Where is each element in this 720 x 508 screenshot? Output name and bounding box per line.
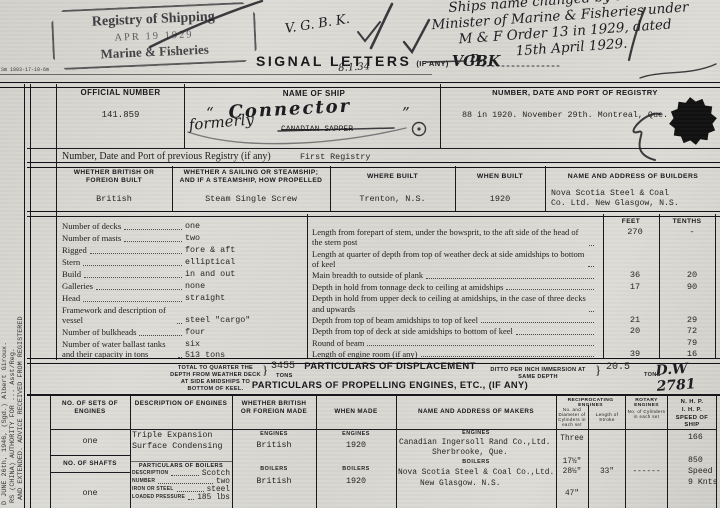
measurement-label: Main breadth to outside of plank [312,270,423,280]
boiler-detail-value: steel [207,486,230,494]
shafts-value: one [52,488,128,498]
particular-value: steel "cargo" [185,305,305,326]
displacement-title: PARTICULARS OF DISPLACEMENT [300,361,480,372]
particular-value: six [185,339,305,350]
tenths-value: 72 [667,326,717,336]
pen-check-mark [358,22,380,41]
dotted-leader [84,276,182,278]
measurement-label: Depth in hold from upper deck to ceiling… [312,293,586,314]
particular-value: none [185,281,305,292]
particular-label: Head [62,293,80,303]
feet-value: 17 [610,282,660,292]
tenths-value: 79 [667,338,717,348]
boiler-makers-line2: New Glasgow. N.S. [420,479,501,488]
particulars-row: Sternelliptical [62,257,305,268]
dotted-leader [188,498,194,500]
dotted-leader [124,240,182,242]
particular-value: fore & aft [185,245,305,256]
boiler-detail-row: IRON OR STEELsteel [132,486,230,494]
dotted-leader [421,355,594,357]
particular-value-2: 513 tons [185,350,305,361]
dotted-leader [139,334,182,336]
shafts-header: NO. OF SHAFTS [52,460,128,467]
boiler-detail-row: LOADED PRESSURE185 lbs [132,494,230,502]
previous-registry-label: Number, Date and Port of previous Regist… [62,151,271,162]
boiler-makers-line1: Nova Scotia Steel & Coal Co.,Ltd. [398,468,554,477]
feet-value: 270 [610,227,660,237]
engines-tag-when: ENGINES [318,431,394,437]
vrule-particulars-right [307,214,308,358]
measurement-row: Depth from top of beam amidships to top … [312,315,717,325]
pen-slash-mark [371,4,392,48]
boiler-detail-label: IRON OR STEEL [132,486,174,492]
feet-value: 39 [610,349,660,359]
measurement-label: Length at quarter of depth from top of w… [312,249,585,270]
particular-value: elliptical [185,257,305,268]
particular-value: two [185,233,305,244]
dotted-leader [588,265,594,267]
boiler-when-value: 1920 [318,476,394,486]
particulars-row: Number of maststwo [62,233,305,244]
vrule-build-a [172,166,173,211]
dotted-leader [158,482,213,484]
particulars-row: Number of bulkheadsfour [62,327,305,338]
brace-right: } [595,362,601,378]
boiler-detail-value: 185 lbs [197,494,230,502]
boilers-tag-when: BOILERS [318,466,394,472]
particular-label: Build [62,269,81,279]
dotted-leader [177,322,182,324]
feet-column-header: FEET [603,218,659,225]
registry-date-stamp: Registry of Shipping APR 19 1929 Marine … [51,2,257,71]
displacement-total-value: 3455 [271,361,295,372]
particulars-list: Number of decksone Number of maststwo Ri… [62,221,305,362]
margin-note-3: D JUNE 26th, 1946, (Sgd.) Albert Giroux. [1,342,9,505]
dotted-leader [367,344,594,346]
pen-flourish [634,114,660,160]
particulars-row: Riggedfore & aft [62,245,305,256]
speed-label: Speed [688,467,713,476]
vrule-build-b [330,166,331,211]
dotted-leader [171,474,199,476]
boiler-origin-value: British [236,476,312,486]
vrule-build-c [455,166,456,211]
engine-makers-line2: Sherbrooke, Que. [432,448,508,457]
feet-value: 20 [610,326,660,336]
measurement-label: Depth in hold from tonnage deck to ceili… [312,282,503,292]
engine-origin-value: British [236,440,312,450]
seal-center [679,107,707,135]
nhp-header: N. H. P. I. H. P. SPEED OF SHIP [668,399,716,430]
deadweight-handwritten: D.W 2781 [655,358,720,394]
measurements-table: Length from forepart of stem, under the … [312,227,717,360]
build-col-2-header: WHERE BUILT [334,173,451,180]
registrar-seal [666,92,720,150]
pen-circle-dot [417,127,420,130]
engines-tag-origin: ENGINES [236,431,312,437]
build-col-0-header: WHETHER BRITISH OR FOREIGN BUILT [60,169,168,185]
margin-note-2: RS (CHINA) AUTHORITY FOR ... Asst/Reg. [9,348,17,503]
dotted-leader [589,310,594,312]
measurement-row: Depth from top of deck at side amidships… [312,326,717,336]
engine-sets-value: one [52,436,128,446]
displacement-total-tons: TONS [276,373,293,380]
cylinder-count: Three [556,435,588,443]
rule-boilers-divider [130,461,232,462]
measurement-row: Depth in hold from tonnage deck to ceili… [312,282,717,292]
particulars-row: Framework and description of vesselsteel… [62,305,305,326]
rotary-engines-header: ROTARY ENGINES [626,398,667,408]
build-col-3-value: 1920 [458,194,542,204]
dotted-leader [178,356,182,358]
margin-note-1: AND EXTENDED. ADVICE RECEIVED FROM REGIS… [17,316,25,500]
particulars-row: Buildin and out [62,269,305,280]
registry-value: 88 in 1920. November 29th. Montreal, Que… [440,110,690,120]
particular-label: Number of bulkheads [62,327,136,337]
engines-tag-makers: ENGINES [398,430,554,436]
measurement-label: Length of engine room (if any) [312,349,418,359]
rule-build-bottom [27,211,720,217]
engines-section-title: PARTICULARS OF PROPELLING ENGINES, ETC.,… [230,380,550,390]
measurement-row: Length at quarter of depth from top of w… [312,249,717,270]
dotted-leader [90,252,182,254]
former-ship-name: CANADIAN SAPPER [281,125,353,134]
boiler-detail-row: NUMBERtwo [132,478,230,486]
displacement-ditto-label: DITTO PER INCH IMMERSION AT SAME DEPTH [483,367,593,381]
engines-origin-header: WHETHER BRITISH OR FOREIGN MADE [236,400,312,416]
previous-registry-value: First Registry [300,152,370,162]
boiler-detail-value: two [216,478,230,486]
dotted-leader [96,288,182,290]
particulars-row: Number of water ballast tanks and their … [62,339,305,360]
dotted-leader [516,333,594,335]
particular-value: four [185,327,305,338]
dotted-leader [124,228,182,230]
nhp-value: 166 [688,433,703,442]
engines-makers-header: NAME AND ADDRESS OF MAKERS [398,408,554,415]
brace-left: } [262,362,268,378]
build-col-3-header: WHEN BUILT [458,173,542,180]
particular-value: straight [185,293,305,304]
boiler-details: DESCRIPTIONScotch NUMBERtwo IRON OR STEE… [132,470,230,502]
tenths-value: 29 [667,315,717,325]
tenths-column-header: TENTHS [659,218,715,225]
dotted-leader [481,321,594,323]
handwritten-signal-letters: V. G. B. K. [284,12,351,37]
measurement-row: Depth in hold from upper deck to ceiling… [312,293,717,314]
particular-label: Stern [62,257,80,267]
engines-sets-header: NO. OF SETS OF ENGINES [52,400,128,416]
measurement-label: Round of beam [312,338,364,348]
build-col-1-value: Steam Single Screw [176,194,326,204]
rule-under-signal [0,74,432,75]
stroke-value: 33" [589,468,625,476]
particular-label: Framework and description of vessel [62,305,174,326]
engine-desc-line1: Triple Expansion [132,430,212,440]
particular-label: Number of masts [62,233,121,243]
feet-value: 36 [610,270,660,280]
engines-when-header: WHEN MADE [318,408,394,415]
displacement-ditto-value: 20.5 [606,362,630,373]
dotted-leader [177,490,204,492]
particular-value: in and out [185,269,305,280]
official-number-header: OFFICIAL NUMBER [57,88,184,97]
boilers-tag-origin: BOILERS [236,466,312,472]
handwritten-name-change-note: Ships name changed by the Minister of Ma… [420,0,720,66]
vrule-eng-2 [232,396,233,508]
rule-row1-bottom [27,148,720,149]
dotted-leader [589,244,594,246]
dotted-leader [83,300,182,302]
tenths-value: 20 [667,270,717,280]
build-col-1-header: WHETHER A SAILING OR STEAMSHIP; AND IF A… [176,169,326,185]
rotary-subheader: No. of Cylinders in each set [627,409,666,419]
build-col-0-value: British [60,194,168,204]
measurement-row: Main breadth to outside of plank3620 [312,270,717,280]
engine-makers-line1: Canadian Ingersoll Rand Co.,Ltd. [399,438,551,447]
particular-label: Rigged [62,245,87,255]
official-number-value: 141.859 [57,110,184,120]
builders-value-line1: Nova Scotia Steel & Coal [551,189,669,198]
particular-value: one [185,221,305,232]
particular-label: Number of water ballast tanks and their … [62,339,175,360]
boiler-detail-label: NUMBER [132,478,155,484]
boiler-detail-label: LOADED PRESSURE [132,494,185,500]
ship-name-quote-close: ” [402,104,410,122]
builders-value-line2: Co. Ltd. New Glasgow, N.S. [551,199,679,208]
particular-value-stack: six513 tons [185,339,305,360]
engine-when-value: 1920 [318,440,394,450]
particulars-row: Number of decksone [62,221,305,232]
engines-description-header: DESCRIPTION OF ENGINES [134,400,228,408]
measurement-row: Length of engine room (if any)3916 [312,349,717,359]
pen-circle-mark [413,123,426,136]
dotted-leader [83,264,182,266]
vrule-row1-a [184,84,185,148]
build-col-2-value: Trenton, N.S. [334,194,451,204]
vrule-build-d [545,166,546,211]
boilers-title: PARTICULARS OF BOILERS [132,463,230,469]
boiler-detail-label: DESCRIPTION [132,470,168,476]
measurement-label: Depth from top of beam amidships to top … [312,315,478,325]
dotted-leader [506,288,594,290]
feet-value: 21 [610,315,660,325]
engine-desc-line2: Surface Condensing [132,441,222,451]
vrule-content-left [56,84,57,360]
measurement-row: Length from forepart of stem, under the … [312,227,717,248]
particular-label: Number of decks [62,221,121,231]
boilers-tag-makers: BOILERS [398,459,554,465]
form-code: Sm 1893-17-10-6m [1,67,49,73]
rule-shafts-bottom [50,472,130,473]
rule-shafts-top [50,455,130,456]
measurement-row: Round of beam79 [312,338,717,348]
dotted-leader [426,277,594,279]
vrule-eng-9 [716,396,717,508]
signal-letters-label: SIGNAL LETTERS [256,53,411,69]
margin-double-rule [24,84,31,508]
tenths-value: 90 [667,282,717,292]
registry-document-page: Registry of Shipping APR 19 1929 Marine … [0,0,720,508]
measurement-label: Depth from top of deck at side amidships… [312,326,513,336]
build-col-4-header: NAME AND ADDRESS OF BUILDERS [549,173,717,180]
formerly-handwritten: formerly [188,110,255,134]
cylinder-diameter-2: 28½" [556,468,588,476]
boiler-detail-row: DESCRIPTIONScotch [132,470,230,478]
particulars-row: Headstraight [62,293,305,304]
signature-squiggle [640,64,716,78]
rule-prevreg-bottom [27,162,720,168]
measurement-label: Length from forepart of stem, under the … [312,227,586,248]
rotary-value: ------ [626,468,667,476]
tenths-value: 16 [667,349,717,359]
particular-label: Galleries [62,281,93,291]
handwritten-date-mark: 8.1.34 [338,61,370,74]
ihp-value: 850 [688,456,703,465]
cylinder-diameter-1: 17½" [556,458,588,466]
stroke-subheader: Length of Stroke [589,412,625,423]
boiler-detail-value: Scotch [202,470,230,478]
cylinder-diameter-3: 47" [556,490,588,498]
speed-value: 9 Knts [688,478,717,487]
particulars-row: Galleriesnone [62,281,305,292]
tenths-value: - [667,227,717,237]
cylinders-subheader: No. and Diameter of Cylinders in each se… [556,407,588,427]
